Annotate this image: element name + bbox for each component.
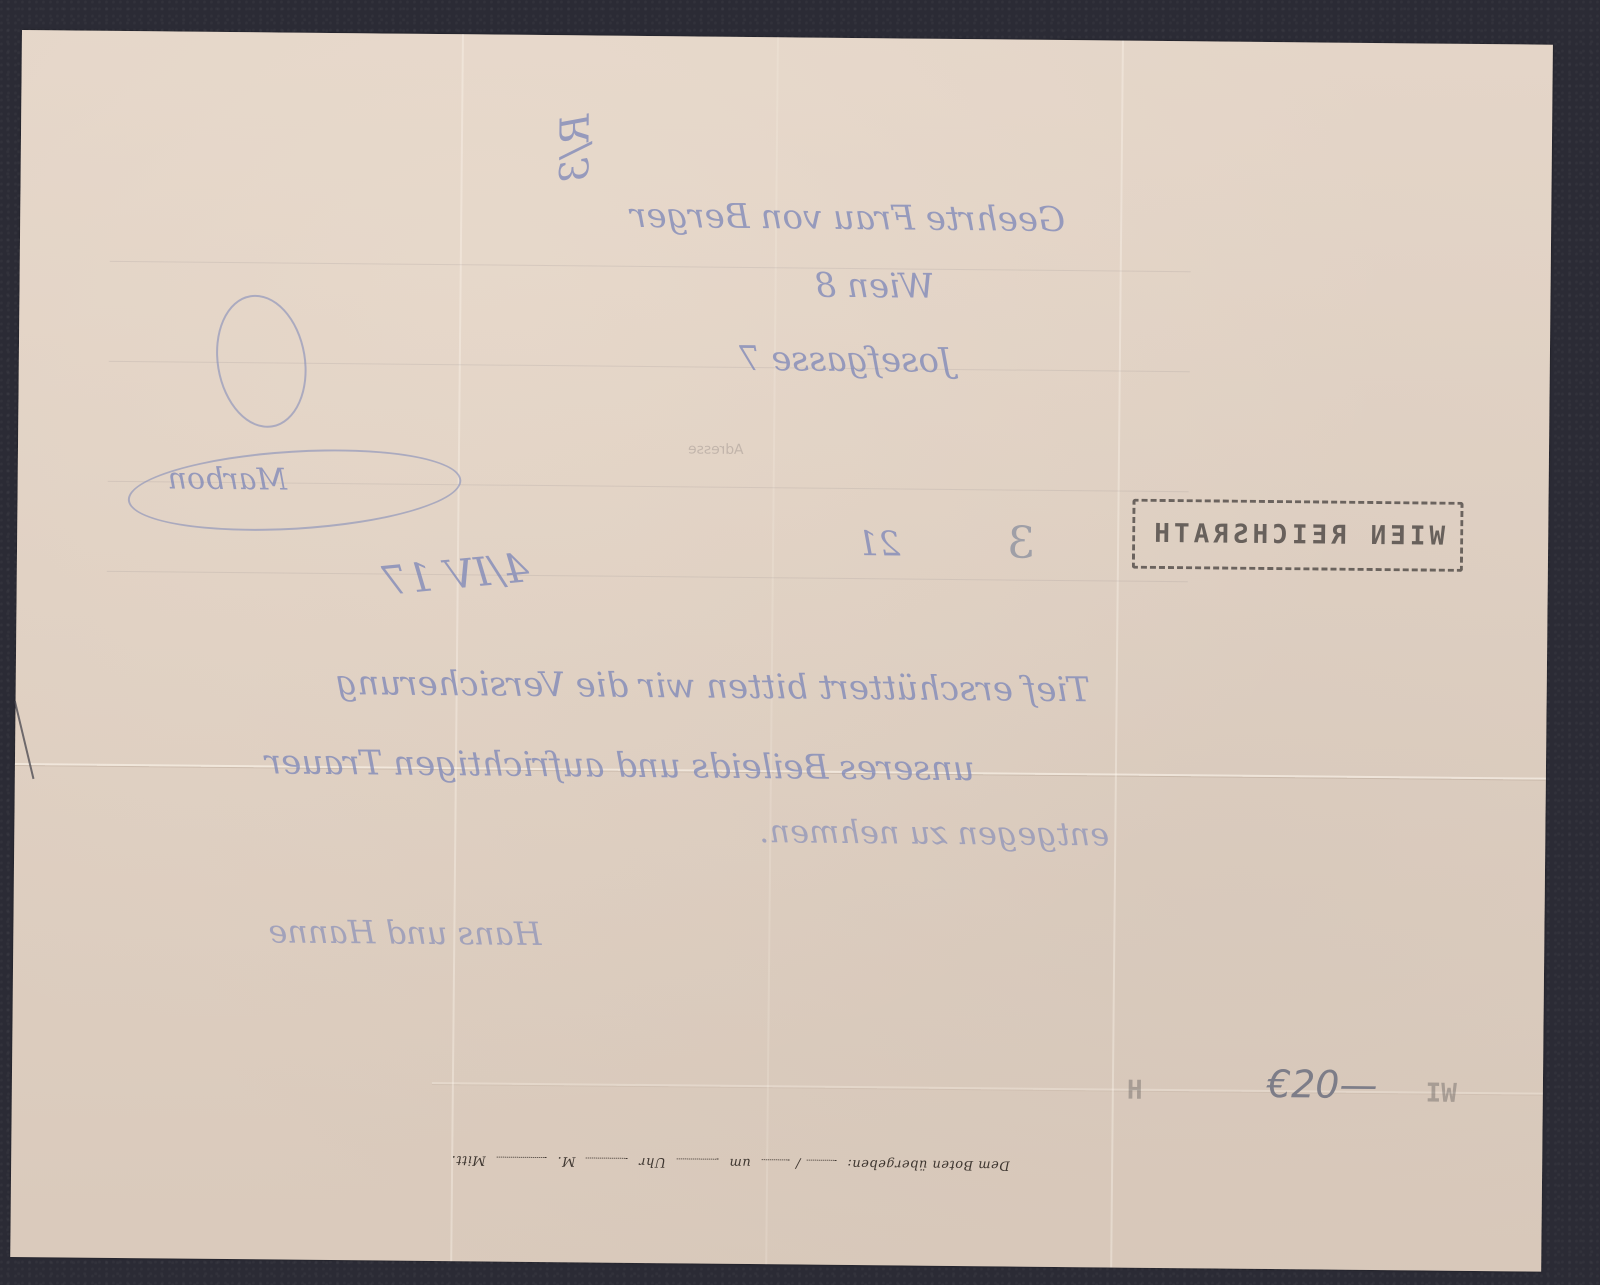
reference-mark: R/3 [552, 114, 599, 183]
ruled-line [110, 261, 1191, 272]
signature: Marbon [168, 461, 288, 497]
message-line-1: Tief erschüttert bitten wir die Versiche… [336, 663, 1091, 710]
message-line-3: entgegen zu nehmen. [759, 812, 1109, 853]
fold-line-vertical-right [1110, 41, 1124, 1268]
footer-label: Dem Boten übergeben: [847, 1156, 1010, 1173]
lower-stamp-ghost: WI H [1127, 1061, 1458, 1124]
lower-stamp-right: H [1127, 1076, 1143, 1106]
footer-slash: / [795, 1155, 800, 1170]
office-stamp: WIEN REICHSRATH [1132, 499, 1464, 572]
address-line-1: Geehrte Frau von Berger [630, 196, 1065, 240]
message-line-2: unseres Beileids und aufrichtigen Trauer [265, 742, 975, 789]
date: 4/IV 17 [380, 545, 531, 605]
signature-loop [206, 288, 316, 435]
ruled-line [107, 571, 1188, 582]
fold-line-vertical-left [450, 34, 464, 1261]
address-line-3: Josefgasse 7 [739, 339, 953, 381]
edge-pencil-mark [14, 701, 34, 779]
closing-signature: Hans und Hanne [268, 912, 542, 953]
footer-m: M. [557, 1153, 576, 1168]
footer-uhr: Uhr [639, 1154, 666, 1169]
printed-footer: Dem Boten übergeben: / um Uhr M. Mitt. [451, 1152, 1010, 1172]
footer-mitt: Mitt. [451, 1152, 486, 1167]
lower-stamp-left: WI [1425, 1079, 1457, 1109]
address-line-2: Wien 8 [814, 266, 934, 307]
footer-um: um [729, 1155, 751, 1170]
number-1: 3 [1007, 517, 1035, 568]
number-2: 21 [857, 524, 901, 564]
telegram-paper: Adresse R/3 Geehrte Frau von Berger Wien… [10, 30, 1553, 1272]
faint-field-label: Adresse [688, 441, 744, 458]
